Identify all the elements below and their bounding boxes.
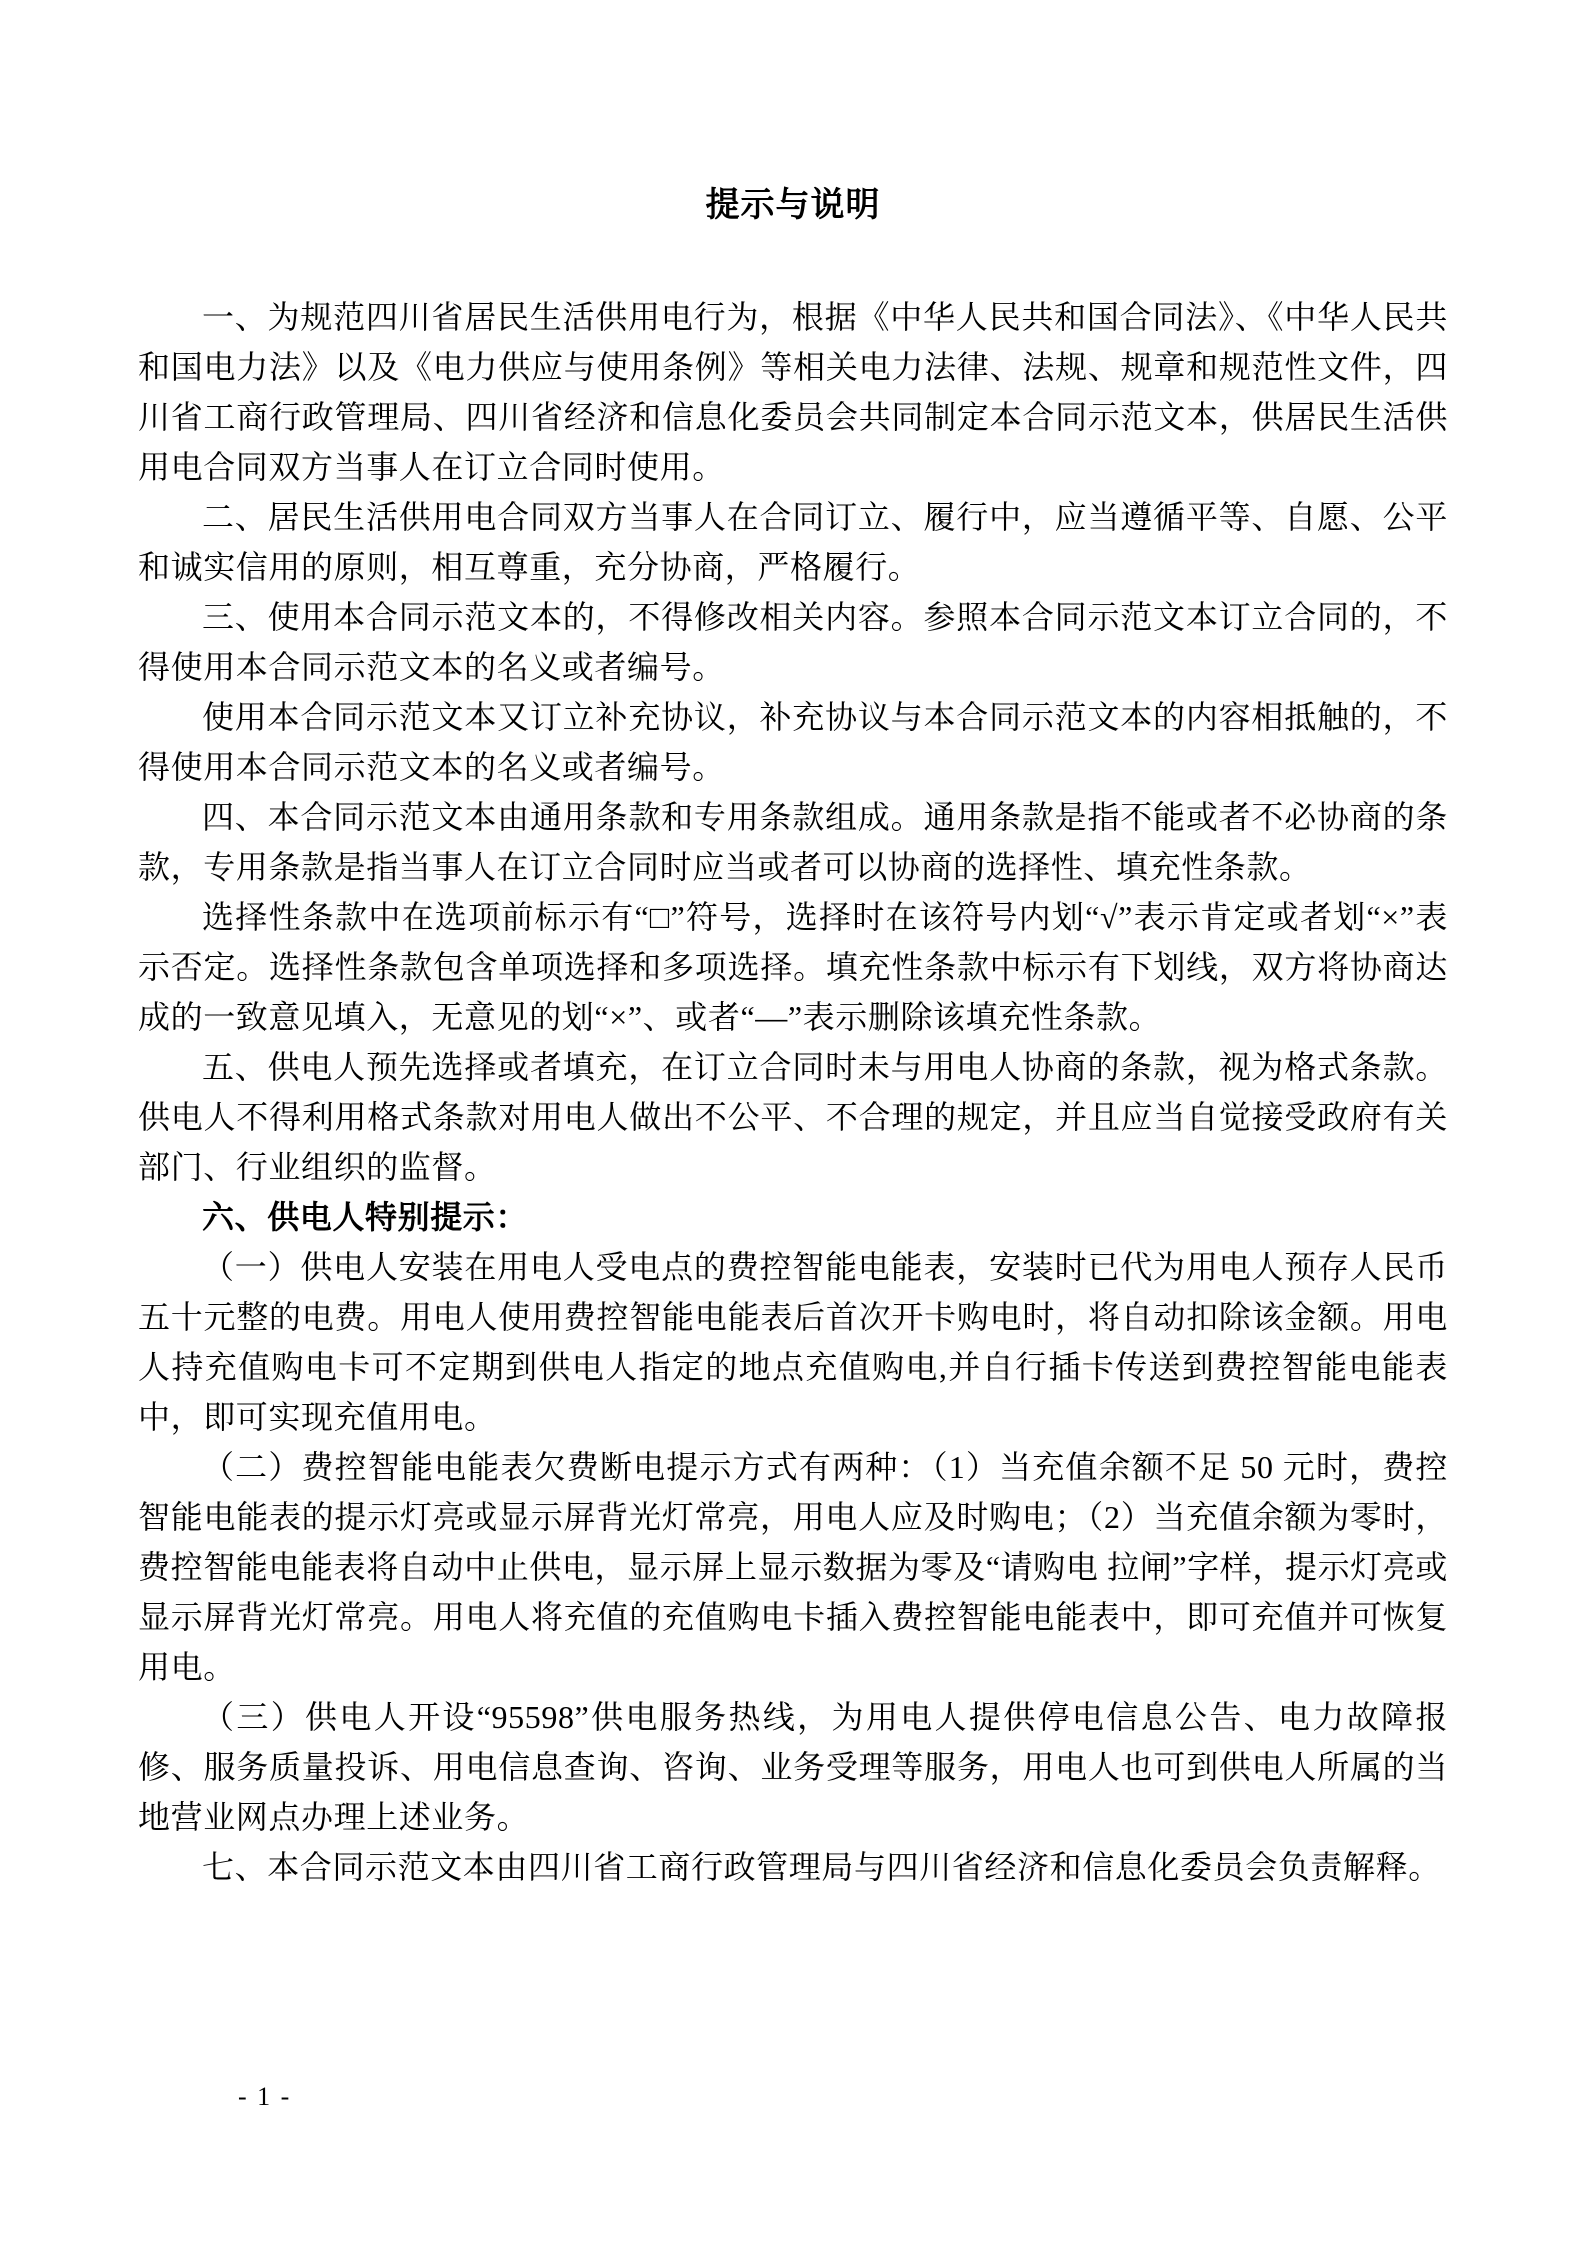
paragraph-4-supplement-rule: 使用本合同示范文本又订立补充协议，补充协议与本合同示范文本的内容相抵触的，不得使…: [138, 692, 1448, 792]
paragraph-1-purpose: 一、为规范四川省居民生活供用电行为，根据《中华人民共和国合同法》、《中华人民共和…: [138, 292, 1448, 492]
paragraph-7-format-clauses: 五、供电人预先选择或者填充，在订立合同时未与用电人协商的条款，视为格式条款。供电…: [138, 1042, 1448, 1192]
paragraph-8-special-notice-heading: 六、供电人特别提示：: [138, 1192, 1448, 1242]
paragraph-3-usage-rule: 三、使用本合同示范文本的，不得修改相关内容。参照本合同示范文本订立合同的，不得使…: [138, 592, 1448, 692]
paragraph-5-clause-types: 四、本合同示范文本由通用条款和专用条款组成。通用条款是指不能或者不必协商的条款，…: [138, 792, 1448, 892]
document-page: 提示与说明 一、为规范四川省居民生活供用电行为，根据《中华人民共和国合同法》、《…: [0, 0, 1586, 2244]
paragraph-6-symbols: 选择性条款中在选项前标示有“□”符号，选择时在该符号内划“√”表示肯定或者划“×…: [138, 892, 1448, 1042]
paragraph-11-notice-3: （三）供电人开设“95598”供电服务热线，为用电人提供停电信息公告、电力故障报…: [138, 1692, 1448, 1842]
page-number: - 1 -: [238, 2082, 291, 2112]
document-body: 一、为规范四川省居民生活供用电行为，根据《中华人民共和国合同法》、《中华人民共和…: [138, 292, 1448, 1892]
paragraph-2-principles: 二、居民生活供用电合同双方当事人在合同订立、履行中，应当遵循平等、自愿、公平和诚…: [138, 492, 1448, 592]
paragraph-10-notice-2: （二）费控智能电能表欠费断电提示方式有两种：（1）当充值余额不足 50 元时，费…: [138, 1442, 1448, 1692]
paragraph-9-notice-1: （一）供电人安装在用电人受电点的费控智能电能表，安装时已代为用电人预存人民币五十…: [138, 1242, 1448, 1442]
paragraph-12-interpretation: 七、本合同示范文本由四川省工商行政管理局与四川省经济和信息化委员会负责解释。: [138, 1842, 1448, 1892]
page-title: 提示与说明: [0, 0, 1586, 226]
